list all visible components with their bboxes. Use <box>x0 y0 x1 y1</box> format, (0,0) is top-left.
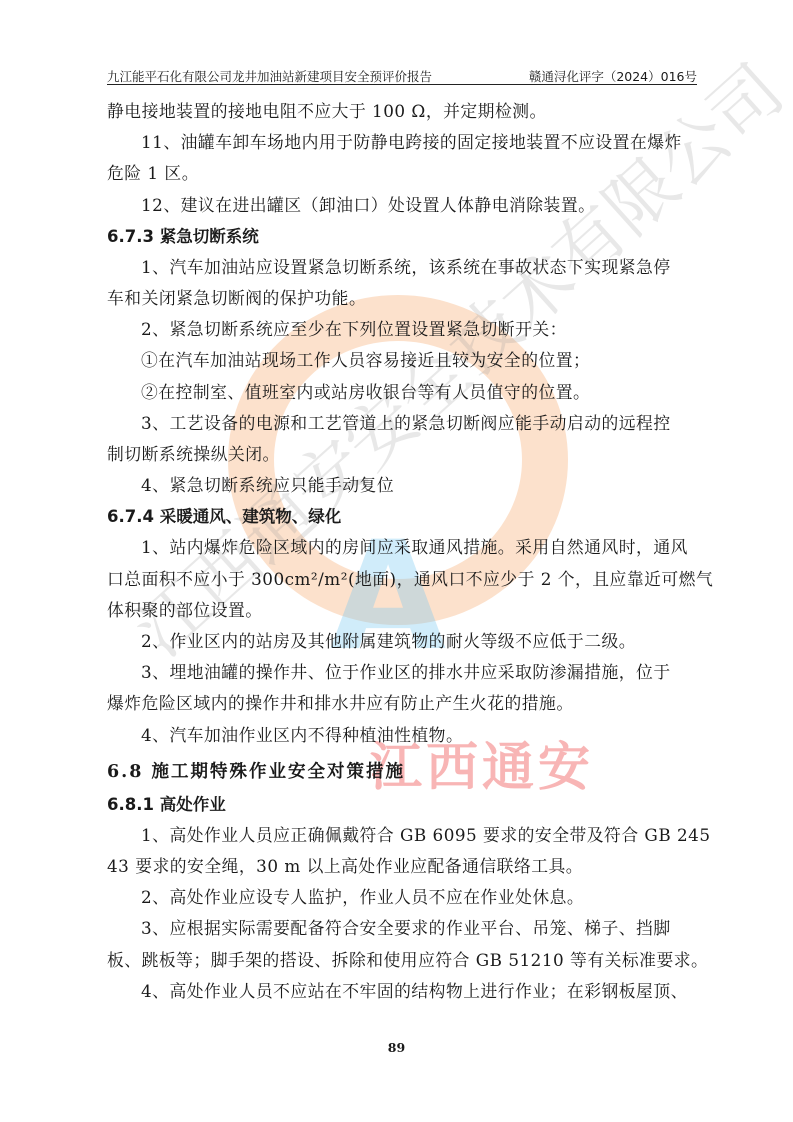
list-item: 3、工艺设备的电源和工艺管道上的紧急切断阀应能手动启动的远程控 <box>107 408 698 439</box>
list-item-cont: 口总面积不应小于 300cm²/m²(地面)，通风口不应少于 2 个，且应靠近可… <box>107 564 698 595</box>
paragraph: 静电接地装置的接地电阻不应大于 100 Ω，并定期检测。 <box>107 96 698 127</box>
list-item: 1、高处作业人员应正确佩戴符合 GB 6095 要求的安全带及符合 GB 245 <box>107 820 698 851</box>
list-item-cont: 板、跳板等；脚手架的搭设、拆除和使用应符合 GB 51210 等有关标准要求。 <box>107 945 698 976</box>
page-number: 89 <box>0 1040 793 1055</box>
list-item: 2、作业区内的站房及其他附属建筑物的耐火等级不应低于二级。 <box>107 626 698 657</box>
sub-item: ②在控制室、值班室内或站房收银台等有人员值守的位置。 <box>107 377 698 408</box>
list-item-12: 12、建议在进出罐区（卸油口）处设置人体静电消除装置。 <box>107 190 698 221</box>
list-item: 4、高处作业人员不应站在不牢固的结构物上进行作业；在彩钢板屋顶、 <box>107 976 698 1007</box>
list-item: 4、汽车加油作业区内不得种植油性植物。 <box>107 720 698 751</box>
header-report-title: 九江能平石化有限公司龙井加油站新建项目安全预评价报告 <box>107 67 432 85</box>
list-item-cont: 体积聚的部位设置。 <box>107 595 698 626</box>
list-item-cont: 43 要求的安全绳，30 m 以上高处作业应配备通信联络工具。 <box>107 851 698 882</box>
list-item: 1、站内爆炸危险区域内的房间应采取通风措施。采用自然通风时，通风 <box>107 532 698 563</box>
list-item: 2、紧急切断系统应至少在下列位置设置紧急切断开关： <box>107 314 698 345</box>
list-item-cont: 车和关闭紧急切断阀的保护功能。 <box>107 283 698 314</box>
sub-item: ①在汽车加油站现场工作人员容易接近且较为安全的位置； <box>107 345 698 376</box>
list-item: 1、汽车加油站应设置紧急切断系统，该系统在事故状态下实现紧急停 <box>107 252 698 283</box>
list-item-cont: 爆炸危险区域内的操作井和排水井应有防止产生火花的措施。 <box>107 688 698 719</box>
section-heading-6-7-3: 6.7.3 紧急切断系统 <box>107 221 698 252</box>
section-heading-6-8-1: 6.8.1 高处作业 <box>107 789 698 820</box>
section-heading-6-7-4: 6.7.4 采暖通风、建筑物、绿化 <box>107 501 698 532</box>
list-item-cont: 制切断系统操纵关闭。 <box>107 439 698 470</box>
list-item-11-cont: 危险 1 区。 <box>107 158 698 189</box>
list-item: 3、埋地油罐的操作井、位于作业区的排水井应采取防渗漏措施，位于 <box>107 657 698 688</box>
page-header: 九江能平石化有限公司龙井加油站新建项目安全预评价报告 赣通浔化评字（2024）0… <box>107 64 697 85</box>
document-body: 静电接地装置的接地电阻不应大于 100 Ω，并定期检测。 11、油罐车卸车场地内… <box>107 96 698 1007</box>
list-item: 3、应根据实际需要配备符合安全要求的作业平台、吊笼、梯子、挡脚 <box>107 913 698 944</box>
header-document-number: 赣通浔化评字（2024）016号 <box>529 67 697 85</box>
list-item: 4、紧急切断系统应只能手动复位 <box>107 470 698 501</box>
section-heading-6-8: 6.8 施工期特殊作业安全对策措施 <box>107 755 698 789</box>
list-item: 2、高处作业应设专人监护，作业人员不应在作业处休息。 <box>107 882 698 913</box>
list-item-11: 11、油罐车卸车场地内用于防静电跨接的固定接地装置不应设置在爆炸 <box>107 127 698 158</box>
